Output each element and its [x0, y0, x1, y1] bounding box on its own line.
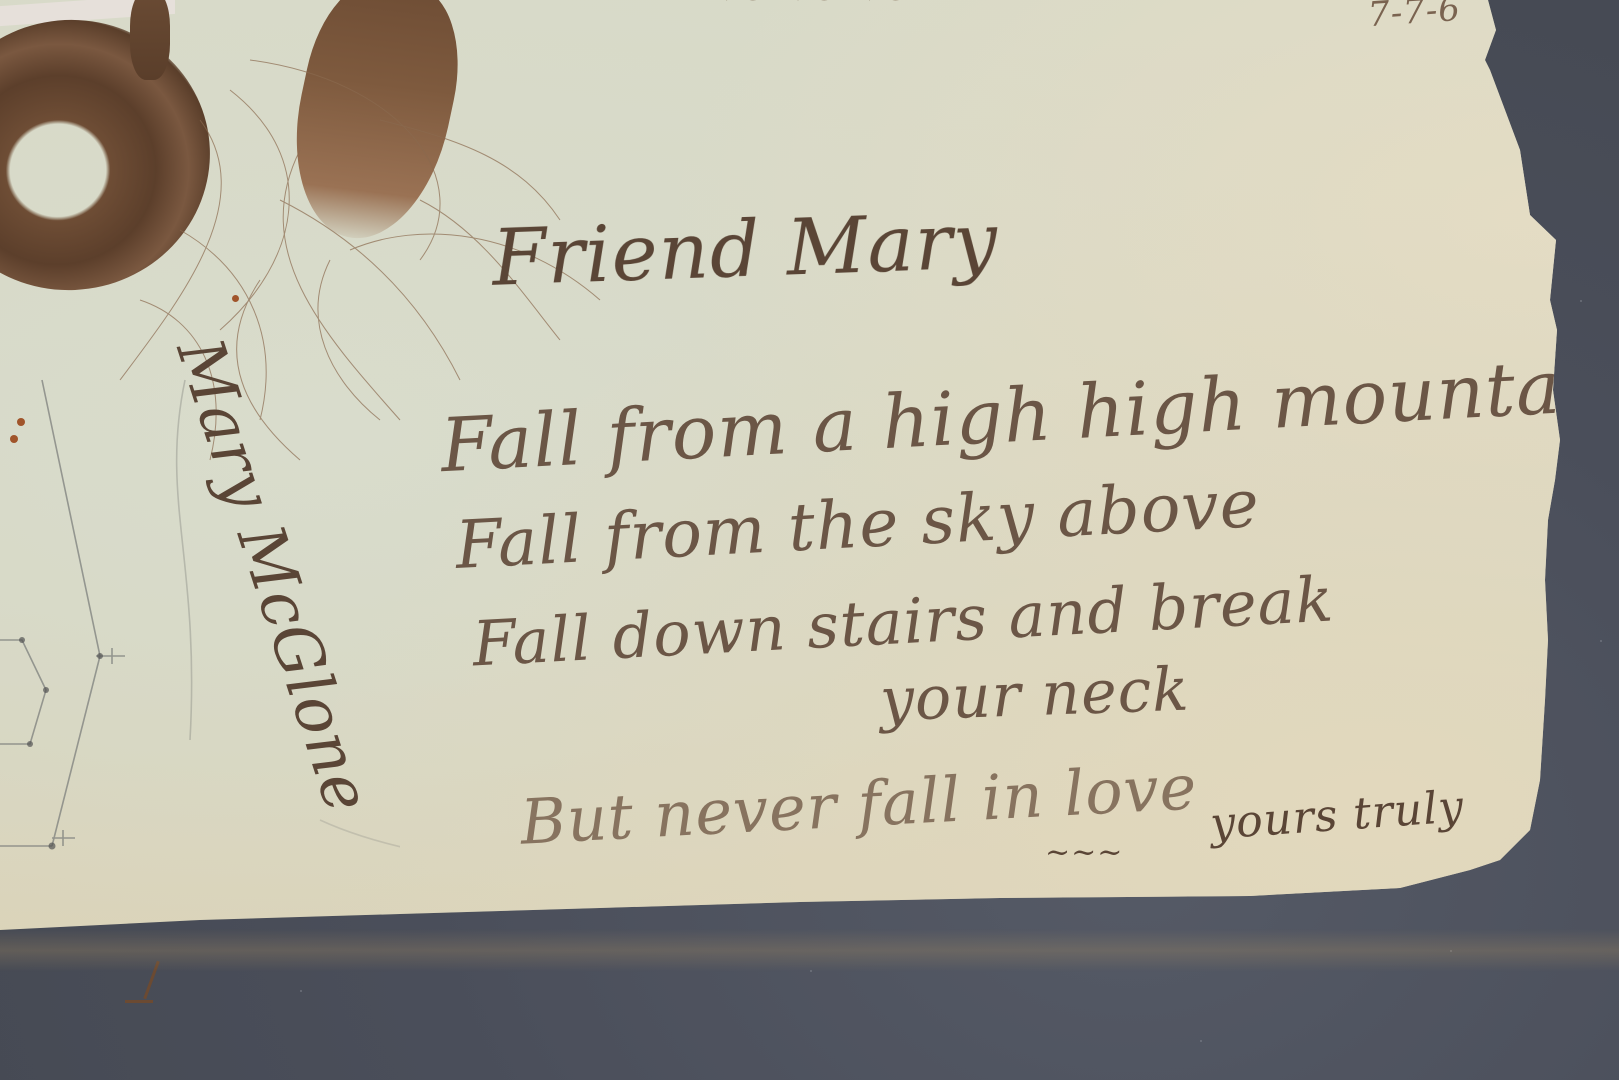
salutation: Friend Mary — [491, 196, 1000, 304]
date: 7-7-6 — [1367, 0, 1462, 35]
header-flourish: ~ ~ ~ — [720, 0, 914, 30]
ink-stain — [17, 418, 25, 426]
ink-stain — [10, 435, 18, 443]
mat-speck — [1450, 950, 1452, 952]
verse-line-2: Fall from the sky above — [454, 465, 1262, 584]
mat-speck — [1200, 1040, 1202, 1042]
album-page: ~ ~ ~ 7-7-6 Friend Mary Fall from a high… — [0, 0, 1619, 1080]
verse-line-4: your neck — [879, 655, 1191, 736]
verse-line-1: Fall from a high high mountain — [439, 341, 1619, 489]
ink-stain — [232, 295, 239, 302]
hair-lock-tail — [130, 0, 170, 80]
photo-stage: ~ ~ ~ 7-7-6 Friend Mary Fall from a high… — [0, 0, 1619, 1080]
mat-speck — [300, 990, 302, 992]
mat-speck — [1600, 640, 1602, 642]
hair-lock-coiled — [0, 2, 227, 308]
verse-line-3: Fall down stairs and break — [471, 562, 1336, 680]
mat-speck — [1580, 300, 1582, 302]
sideways-signature: Mary McGlone — [162, 330, 385, 822]
mat-fiber — [143, 961, 159, 1000]
closing-flourish: ~~~ — [1045, 835, 1123, 870]
mat-speck — [810, 970, 812, 972]
mat-fiber — [125, 1000, 153, 1003]
hair-lock-straight — [275, 0, 476, 253]
closing: yours truly — [1209, 781, 1466, 850]
